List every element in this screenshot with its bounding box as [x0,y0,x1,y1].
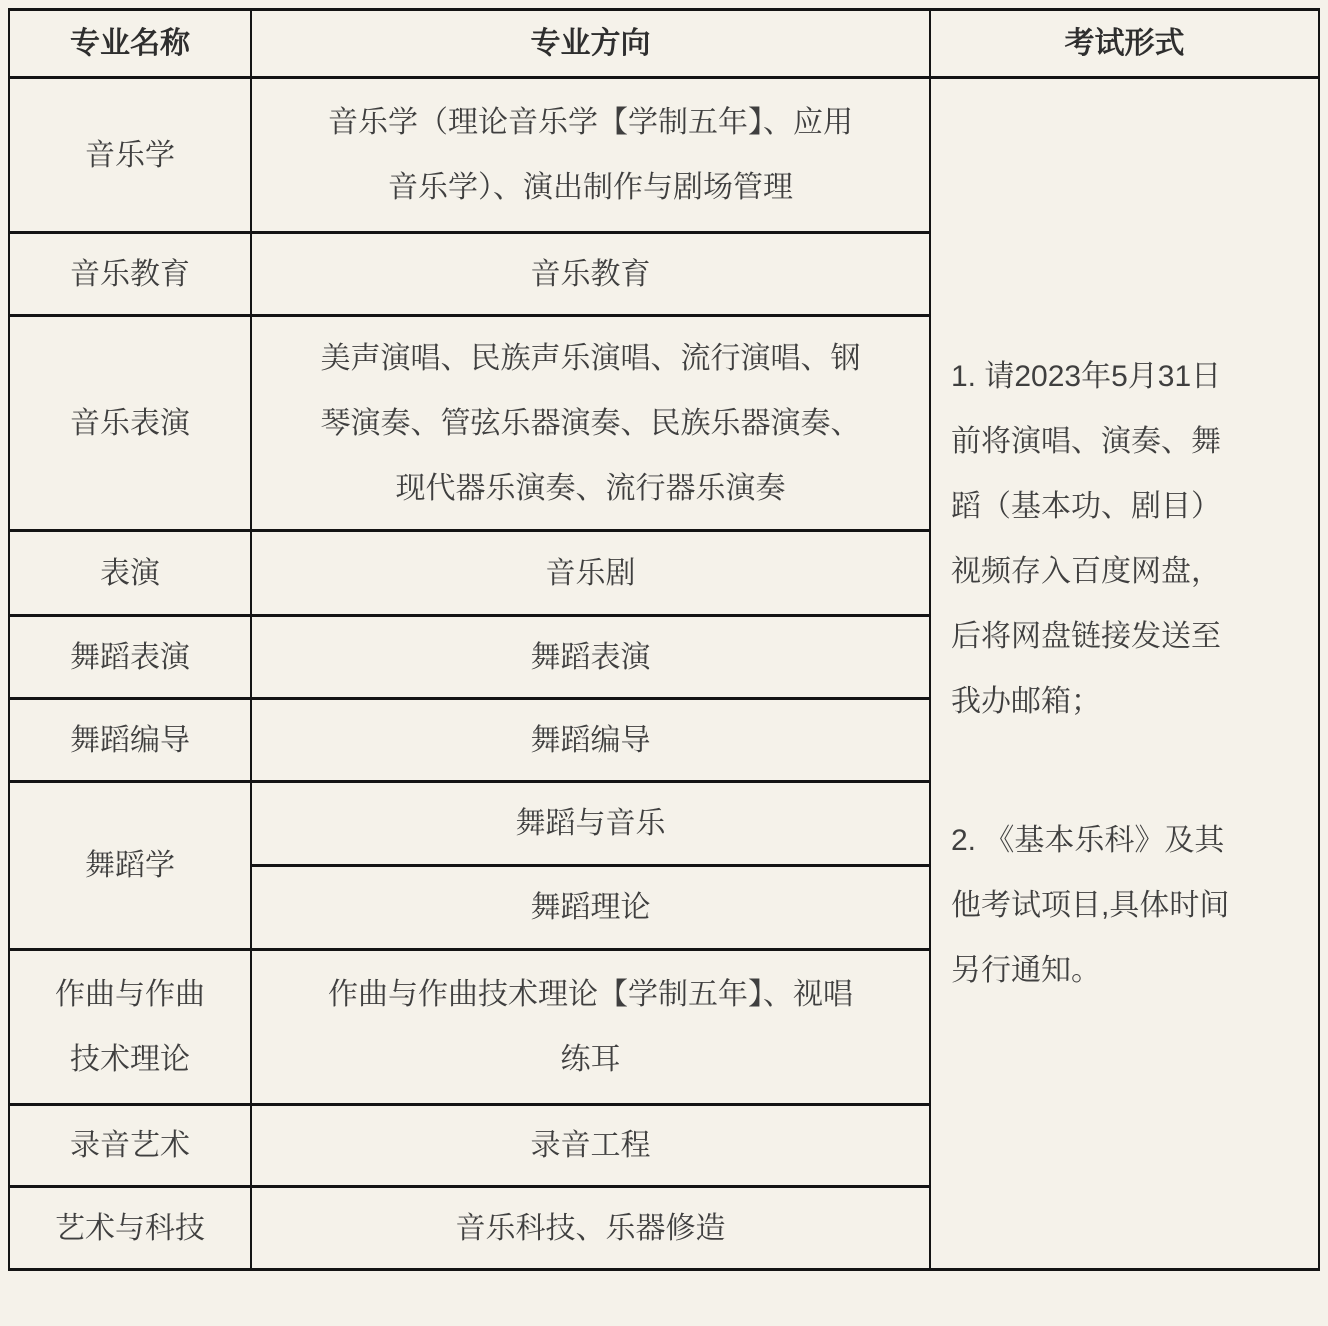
major-name-cell: 音乐表演 [9,316,251,531]
major-name-cell: 表演 [9,531,251,616]
exam-note-1: 1. 请2023年5月31日 前将演唱、演奏、舞 蹈（基本功、剧目） 视频存入百… [951,344,1298,734]
header-major-name: 专业名称 [9,10,251,78]
major-direction-cell: 作曲与作曲技术理论【学制五年】、视唱 练耳 [251,950,930,1105]
exam-format-cell: 1. 请2023年5月31日 前将演唱、演奏、舞 蹈（基本功、剧目） 视频存入百… [930,78,1319,1270]
majors-table-container: 专业名称 专业方向 考试形式 音乐学 音乐学（理论音乐学【学制五年】、应用 音乐… [8,8,1320,1271]
exam-note-2: 2. 《基本乐科》及其 他考试项目,具体时间 另行通知。 [951,808,1298,1003]
major-name-cell: 音乐学 [9,78,251,233]
major-direction-cell: 舞蹈表演 [251,616,930,699]
major-name-cell: 作曲与作曲 技术理论 [9,950,251,1105]
table-header-row: 专业名称 专业方向 考试形式 [9,10,1319,78]
major-direction-cell: 音乐剧 [251,531,930,616]
header-major-direction: 专业方向 [251,10,930,78]
major-name-cell: 舞蹈学 [9,782,251,950]
major-direction-cell: 音乐学（理论音乐学【学制五年】、应用 音乐学）、演出制作与剧场管理 [251,78,930,233]
major-name-cell: 艺术与科技 [9,1187,251,1270]
table-row: 音乐学 音乐学（理论音乐学【学制五年】、应用 音乐学）、演出制作与剧场管理 1.… [9,78,1319,233]
major-direction-cell: 美声演唱、民族声乐演唱、流行演唱、钢 琴演奏、管弦乐器演奏、民族乐器演奏、 现代… [251,316,930,531]
header-exam-format: 考试形式 [930,10,1319,78]
major-direction-cell: 舞蹈理论 [251,866,930,950]
major-direction-cell: 录音工程 [251,1105,930,1187]
major-direction-cell: 舞蹈编导 [251,699,930,782]
major-name-cell: 录音艺术 [9,1105,251,1187]
majors-exam-table: 专业名称 专业方向 考试形式 音乐学 音乐学（理论音乐学【学制五年】、应用 音乐… [8,8,1320,1271]
major-direction-cell: 舞蹈与音乐 [251,782,930,866]
major-name-cell: 舞蹈编导 [9,699,251,782]
major-direction-cell: 音乐教育 [251,233,930,316]
major-name-cell: 音乐教育 [9,233,251,316]
major-direction-cell: 音乐科技、乐器修造 [251,1187,930,1270]
major-name-cell: 舞蹈表演 [9,616,251,699]
